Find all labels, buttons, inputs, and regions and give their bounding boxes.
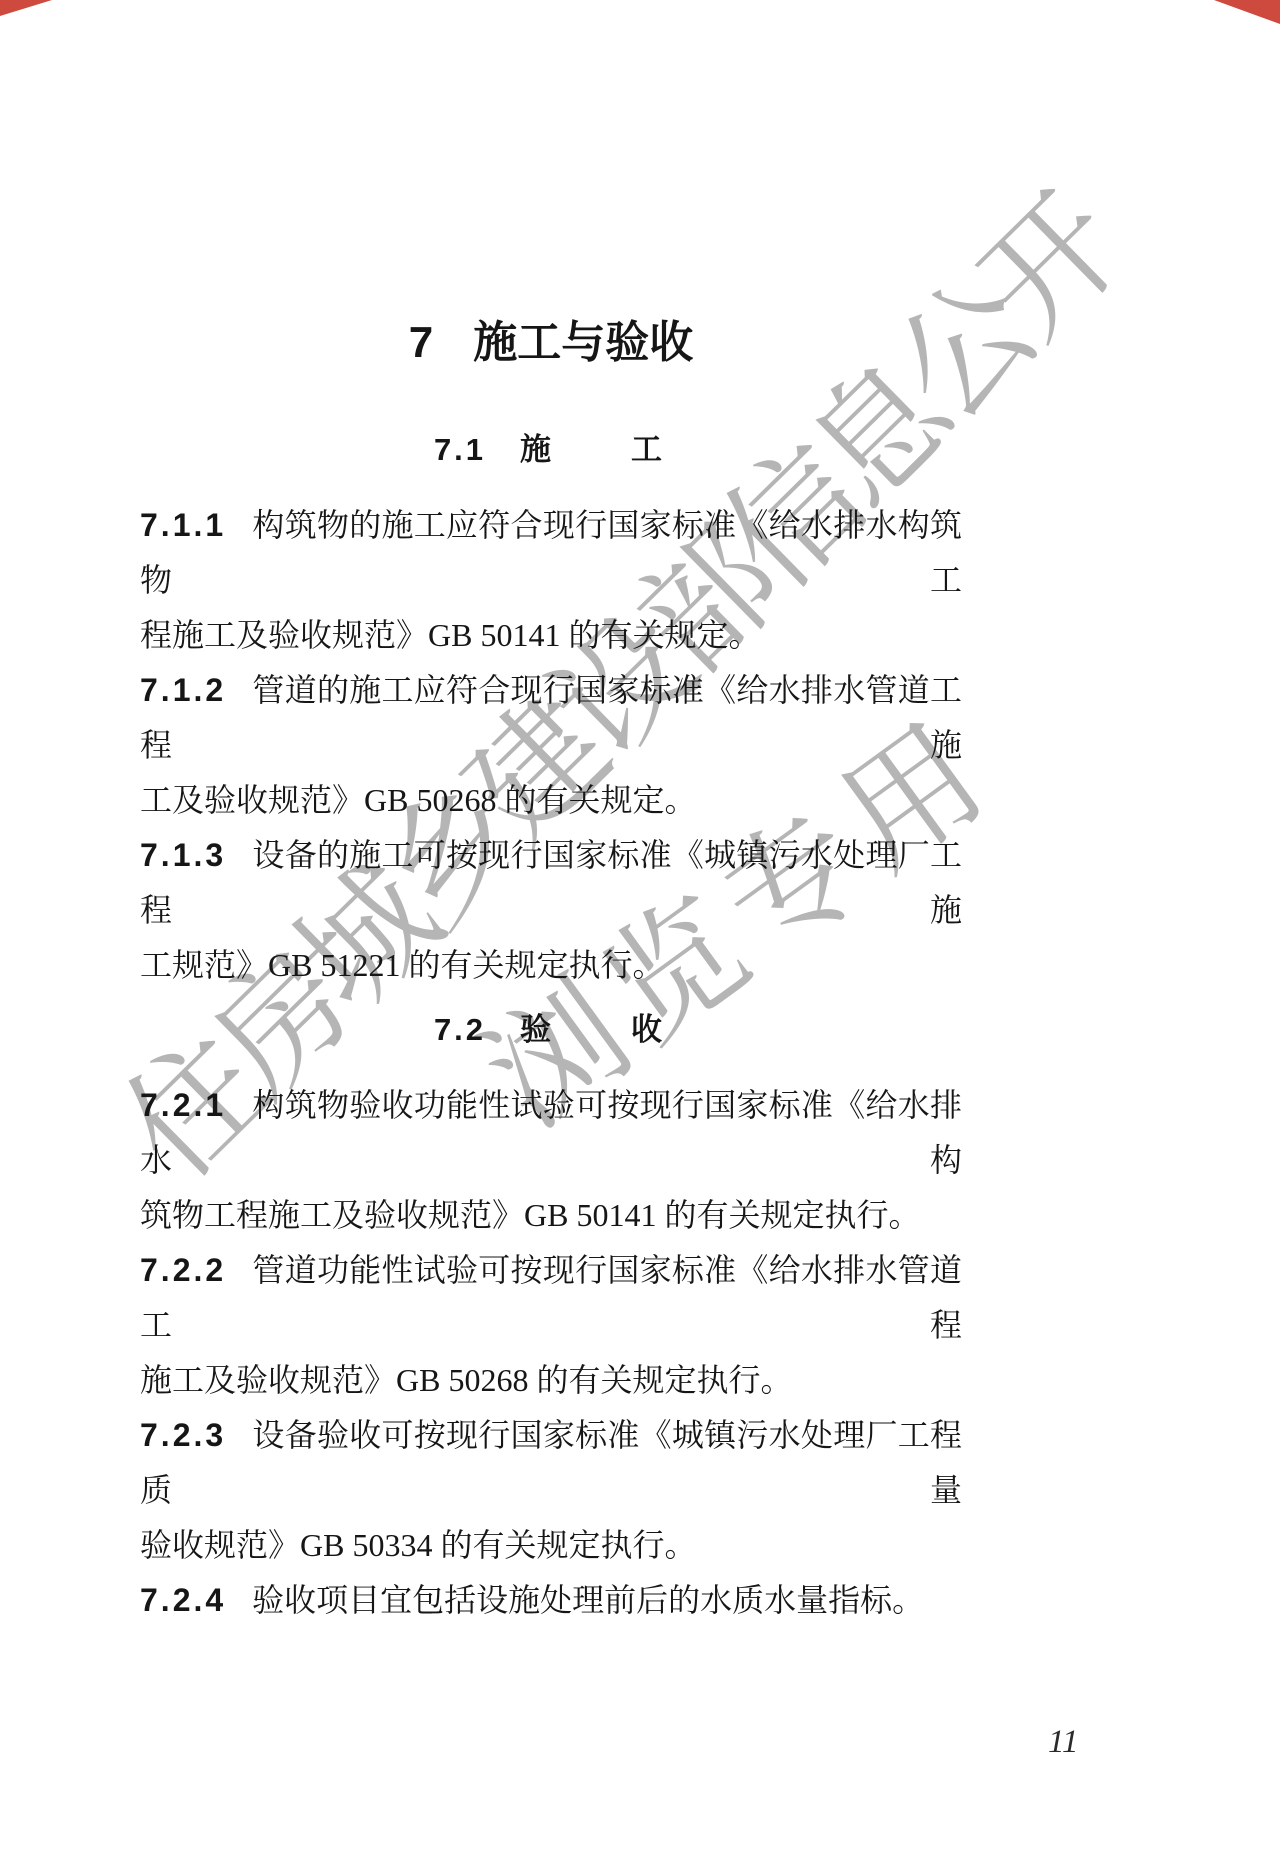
clause-7-1-3: 7.1.3设备的施工可按现行国家标准《城镇污水处理厂工程施 工规范》GB 512… <box>140 828 962 993</box>
clause-line: 7.2.3设备验收可按现行国家标准《城镇污水处理厂工程质量 <box>140 1408 962 1518</box>
clause-number: 7.2.2 <box>140 1252 226 1288</box>
page-number: 11 <box>1048 1724 1079 1761</box>
clause-line: 施工及验收规范》GB 50268 的有关规定执行。 <box>140 1353 962 1408</box>
section-title: 施 工 <box>520 432 668 467</box>
clause-line: 程施工及验收规范》GB 50141 的有关规定。 <box>140 608 962 663</box>
clause-text: 构筑物验收功能性试验可按现行国家标准《给水排水构 <box>140 1087 962 1178</box>
clause-text: 设备验收可按现行国家标准《城镇污水处理厂工程质量 <box>140 1417 962 1508</box>
clause-line: 验收规范》GB 50334 的有关规定执行。 <box>140 1518 962 1573</box>
clause-line: 7.2.1构筑物验收功能性试验可按现行国家标准《给水排水构 <box>140 1078 962 1188</box>
clause-text: 管道的施工应符合现行国家标准《给水排水管道工程施 <box>140 672 962 763</box>
clause-line: 7.1.3设备的施工可按现行国家标准《城镇污水处理厂工程施 <box>140 828 962 938</box>
section-heading-7-1: 7.1施 工 <box>140 430 962 470</box>
section-heading-7-2: 7.2验 收 <box>140 1010 962 1050</box>
clause-line: 工规范》GB 51221 的有关规定执行。 <box>140 938 962 993</box>
clause-number: 7.1.2 <box>140 672 226 708</box>
chapter-title: 施工与验收 <box>473 318 693 367</box>
clause-number: 7.2.4 <box>140 1582 226 1618</box>
clause-number: 7.1.3 <box>140 837 226 873</box>
clause-number: 7.2.1 <box>140 1087 226 1123</box>
clause-line: 工及验收规范》GB 50268 的有关规定。 <box>140 773 962 828</box>
clause-number: 7.1.1 <box>140 507 226 543</box>
clause-text: 设备的施工可按现行国家标准《城镇污水处理厂工程施 <box>140 837 962 928</box>
clause-line: 7.1.2管道的施工应符合现行国家标准《给水排水管道工程施 <box>140 663 962 773</box>
clause-number: 7.2.3 <box>140 1417 226 1453</box>
clause-7-2-4: 7.2.4验收项目宜包括设施处理前后的水质水量指标。 <box>140 1573 962 1628</box>
scan-artifact-top-left <box>0 0 52 16</box>
chapter-number: 7 <box>409 318 433 367</box>
clause-line: 7.1.1构筑物的施工应符合现行国家标准《给水排水构筑物工 <box>140 498 962 608</box>
clause-line: 筑物工程施工及验收规范》GB 50141 的有关规定执行。 <box>140 1188 962 1243</box>
clause-line: 7.2.4验收项目宜包括设施处理前后的水质水量指标。 <box>140 1573 962 1628</box>
clause-7-2-2: 7.2.2管道功能性试验可按现行国家标准《给水排水管道工程 施工及验收规范》GB… <box>140 1243 962 1408</box>
page-content: 7施工与验收 7.1施 工 7.1.1构筑物的施工应符合现行国家标准《给水排水构… <box>140 318 962 1628</box>
clause-text: 构筑物的施工应符合现行国家标准《给水排水构筑物工 <box>140 507 962 598</box>
clause-7-1-2: 7.1.2管道的施工应符合现行国家标准《给水排水管道工程施 工及验收规范》GB … <box>140 663 962 828</box>
clause-text: 管道功能性试验可按现行国家标准《给水排水管道工程 <box>140 1252 962 1343</box>
section-number: 7.1 <box>434 432 486 467</box>
chapter-heading: 7施工与验收 <box>140 318 962 368</box>
clause-line: 7.2.2管道功能性试验可按现行国家标准《给水排水管道工程 <box>140 1243 962 1353</box>
document-page: 住房城乡建设部信息公开 浏览专用 7施工与验收 7.1施 工 7.1.1构筑物的… <box>0 0 1280 1854</box>
section-title: 验 收 <box>520 1012 668 1047</box>
clause-text: 验收项目宜包括设施处理前后的水质水量指标。 <box>252 1582 924 1618</box>
scan-artifact-top-right <box>1214 0 1280 24</box>
clause-7-2-3: 7.2.3设备验收可按现行国家标准《城镇污水处理厂工程质量 验收规范》GB 50… <box>140 1408 962 1573</box>
section-number: 7.2 <box>434 1012 486 1047</box>
clause-7-1-1: 7.1.1构筑物的施工应符合现行国家标准《给水排水构筑物工 程施工及验收规范》G… <box>140 498 962 663</box>
clause-7-2-1: 7.2.1构筑物验收功能性试验可按现行国家标准《给水排水构 筑物工程施工及验收规… <box>140 1078 962 1243</box>
